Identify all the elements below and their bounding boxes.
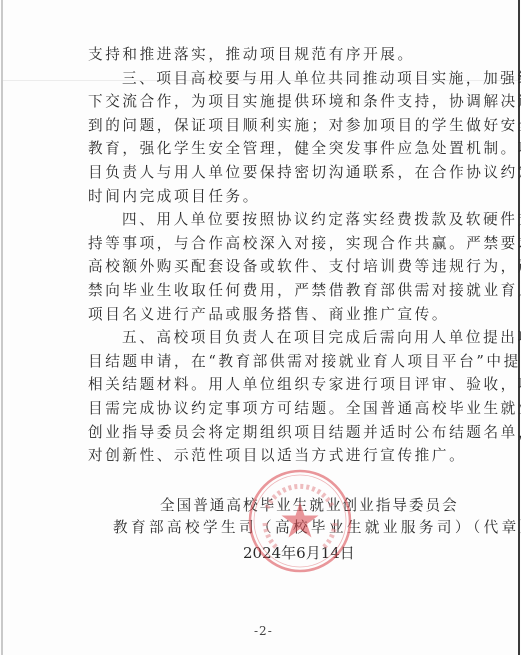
- paragraph-4-line: 高校额外购买配套设备或软件、支付培训费等违规行为，严: [88, 255, 438, 279]
- paragraph-5-line: 对创新性、示范性项目以适当方式进行宣传推广。: [88, 444, 438, 468]
- paragraph-4-line: 项目名义进行产品或服务搭售、商业推广宣传。: [88, 303, 438, 327]
- paragraph-5-line: 目结题申请，在“教育部供需对接就业育人项目平台”中提交: [88, 350, 438, 374]
- page-number: -2-: [254, 624, 273, 638]
- signature-date: 2024年6月14日: [243, 542, 355, 563]
- document-page: 支持和推进落实，推动项目规范有序开展。三、项目高校要与用人单位共同推动项目实施，…: [0, 0, 521, 655]
- signature-issuer-2: 教育部高校学生司（高校毕业生就业服务司）（代章）: [113, 516, 521, 537]
- paragraph-3-line: 到的问题，保证项目顺利实施；对参加项目的学生做好安全: [88, 114, 438, 138]
- paragraph-5-line: 五、高校项目负责人在项目完成后需向用人单位提出项: [88, 326, 438, 350]
- document-body: 支持和推进落实，推动项目规范有序开展。三、项目高校要与用人单位共同推动项目实施，…: [88, 43, 438, 468]
- paragraph-3-line: 时间内完成项目任务。: [88, 185, 438, 209]
- paragraph-4-line: 禁向毕业生收取任何费用，严禁借教育部供需对接就业育人: [88, 279, 438, 303]
- paragraph-4-line: 持等事项，与合作高校深入对接，实现合作共赢。严禁要求: [88, 232, 438, 256]
- paragraph-3-line: 三、项目高校要与用人单位共同推动项目实施，加强线: [88, 67, 438, 91]
- page-left-edge: [1, 0, 3, 655]
- paragraph-3-line: 目负责人与用人单位要保持密切沟通联系，在合作协议约定: [88, 161, 438, 185]
- paragraph-4-line: 四、用人单位要按照协议约定落实经费拨款及软硬件支: [88, 208, 438, 232]
- signature-issuer-1: 全国普通高校毕业生就业创业指导委员会: [160, 494, 459, 515]
- paragraph-3-line: 教育，强化学生安全管理，健全突发事件应急处置机制。项: [88, 137, 438, 161]
- paragraph-3-line: 下交流合作，为项目实施提供环境和条件支持，协调解决遇: [88, 90, 438, 114]
- paragraph-5-line: 相关结题材料。用人单位组织专家进行项目评审、验收，项: [88, 373, 438, 397]
- paragraph-5-line: 目需完成协议约定事项方可结题。全国普通高校毕业生就业: [88, 397, 438, 421]
- paragraph-5-line: 创业指导委员会将定期组织项目结题并适时公布结题名单，: [88, 421, 438, 445]
- paragraph-continuation-line: 支持和推进落实，推动项目规范有序开展。: [88, 43, 438, 67]
